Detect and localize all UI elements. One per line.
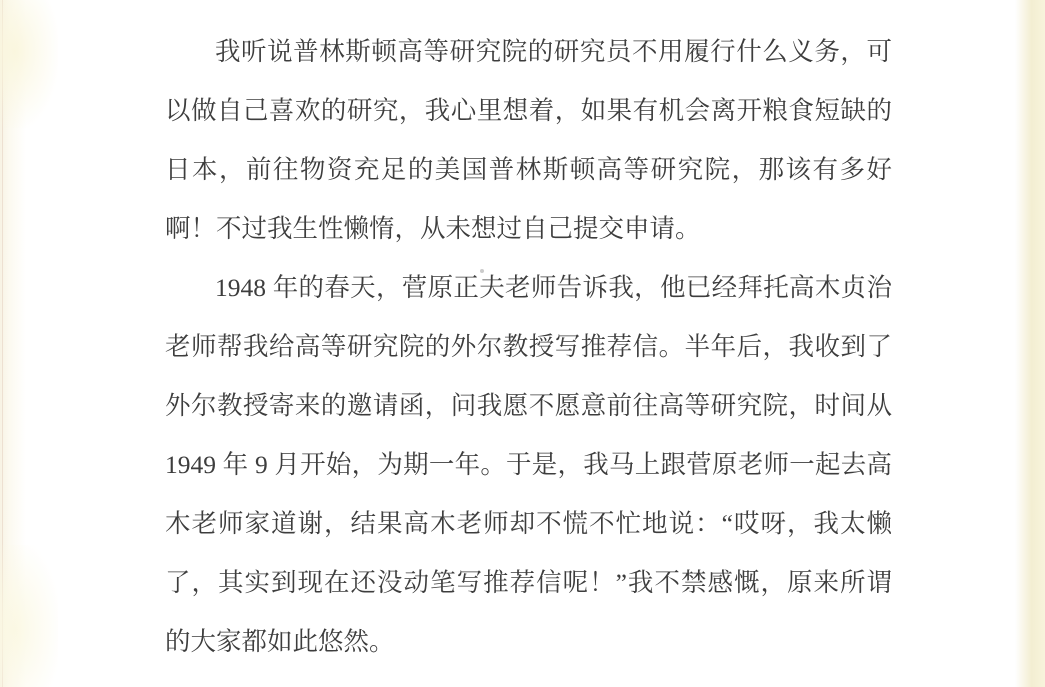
text-line-1: 我听说普林斯顿高等研究院的研究员不用履行什么义务，可 <box>165 22 892 81</box>
text-line-2: 以做自己喜欢的研究，我心里想着，如果有机会离开粮食短缺的 <box>165 81 892 140</box>
body-text: 我听说普林斯顿高等研究院的研究员不用履行什么义务，可 以做自己喜欢的研究，我心里… <box>165 22 892 671</box>
scanned-page: 我听说普林斯顿高等研究院的研究员不用履行什么义务，可 以做自己喜欢的研究，我心里… <box>0 0 1045 687</box>
scan-shading-bottom-left <box>0 545 58 687</box>
text-line-7: 外尔教授寄来的邀请函，问我愿不愿意前往高等研究院，时间从 <box>165 376 892 435</box>
page-left-edge-hairline <box>2 0 3 687</box>
text-line-11: 的大家都如此悠然。 <box>165 612 892 671</box>
text-line-10: 了，其实到现在还没动笔写推荐信呢！”我不禁感慨，原来所谓 <box>165 553 892 612</box>
text-line-4: 啊！不过我生性懒惰，从未想过自己提交申请。 <box>165 199 892 258</box>
text-line-6: 老师帮我给高等研究院的外尔教授写推荐信。半年后，我收到了 <box>165 317 892 376</box>
text-line-5: 1948 年的春天，菅原正夫老师告诉我，他已经拜托高木贞治 <box>165 258 892 317</box>
scan-shading-top-left <box>0 0 58 128</box>
page-left-edge <box>0 0 26 687</box>
page-right-edge <box>1015 0 1045 687</box>
text-line-8: 1949 年 9 月开始，为期一年。于是，我马上跟菅原老师一起去高 <box>165 435 892 494</box>
text-line-3: 日本，前往物资充足的美国普林斯顿高等研究院，那该有多好 <box>165 140 892 199</box>
text-line-9: 木老师家道谢，结果高木老师却不慌不忙地说：“哎呀，我太懒 <box>165 494 892 553</box>
